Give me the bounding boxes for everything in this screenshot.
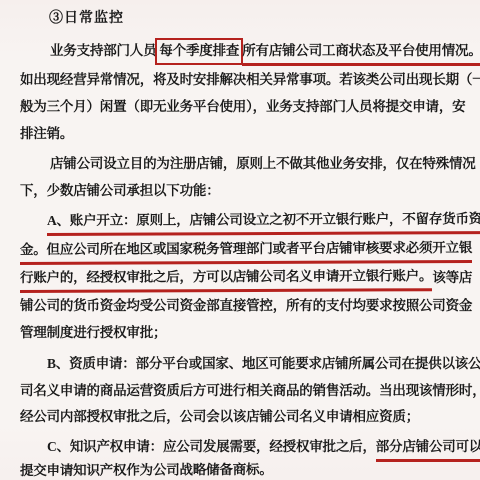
document-page: ③日常监控 业务支持部门人员每个季度排查所有店铺公司工商状态及平台使用情况。 如… xyxy=(0,0,480,480)
item-a-line4: 铺公司的货币资金均受公司资金部直接管控，所有的支付均要求按照公司资金 xyxy=(20,297,472,315)
para1-line2: 如出现经营异常情况，将及时安排解决相关异常事项。若该类公司出现长期（一 xyxy=(20,71,480,89)
text-segment: 该等店 xyxy=(432,270,472,285)
item-c-line1: C、知识产权申请：应公司发展需要，经授权审批之后，部分店铺公司可以 xyxy=(47,438,480,456)
para1-line3: 般为三个月）闲置（即无业务平台使用），业务支持部门人员将提交申请，安 xyxy=(20,98,465,116)
red-box-annotation: 每个季度排查 xyxy=(155,38,243,65)
red-underline-annotation: A、账户开立：原则上，店铺公司设立之初不开立银行账户，不留存货币资 xyxy=(47,210,480,236)
red-underline-annotation: 所有店铺公司工商状态及平台使用情况。 xyxy=(242,42,480,66)
item-a-line5: 管理制度进行授权审批； xyxy=(20,324,166,342)
text-segment: C、知识产权申请：应公司发展需要，经授权审批之后， xyxy=(47,439,376,454)
item-a-line2: 金。但应公司所在地区或国家税务管理部门或者平台店铺审核要求必须开立银 xyxy=(20,241,472,259)
red-underline-annotation: 金。但应公司所在地区或国家税务管理部门或者平台店铺审核要求必须开立银 xyxy=(20,239,472,265)
item-a-line3: 行账户的，经授权审批之后，方可以店铺公司名义申请开立银行账户。该等店 xyxy=(20,269,472,287)
item-c-line2: 提交申请知识产权作为公司战略储备商标。 xyxy=(20,462,273,480)
para1-line1: 业务支持部门人员每个季度排查所有店铺公司工商状态及平台使用情况。 xyxy=(50,42,480,60)
text-segment: 业务支持部门人员 xyxy=(50,43,156,58)
red-underline-annotation: 提交申请知识产权作为公司战略储备商标。 xyxy=(20,461,273,480)
item-b-line2: 司名义申请的商品运营资质后方可进行相关商品的销售活动。当出现该情形时， xyxy=(20,382,480,400)
para2-line2: 下，少数店铺公司承担以下功能： xyxy=(20,182,220,200)
item-b-line3: 经公司内部授权审批之后，公司会以该店铺公司名义申请相应资质； xyxy=(20,408,419,426)
item-b-line1: B、资质申请：部分平台或国家、地区可能要求店铺所属公司在提供以该公 xyxy=(47,355,480,373)
red-underline-annotation: 行账户的，经授权审批之后，方可以店铺公司名义申请开立银行账户。 xyxy=(20,267,432,293)
red-underline-annotation: 部分店铺公司可以 xyxy=(376,438,480,462)
para1-line4: 排注销。 xyxy=(20,125,73,143)
item-a-line1: A、账户开立：原则上，店铺公司设立之初不开立银行账户，不留存货币资 xyxy=(47,212,480,230)
section-heading: ③日常监控 xyxy=(49,10,124,28)
para2-line1: 店铺公司设立目的为注册店铺，原则上不做其他业务安排，仅在特殊情况 xyxy=(50,155,476,173)
